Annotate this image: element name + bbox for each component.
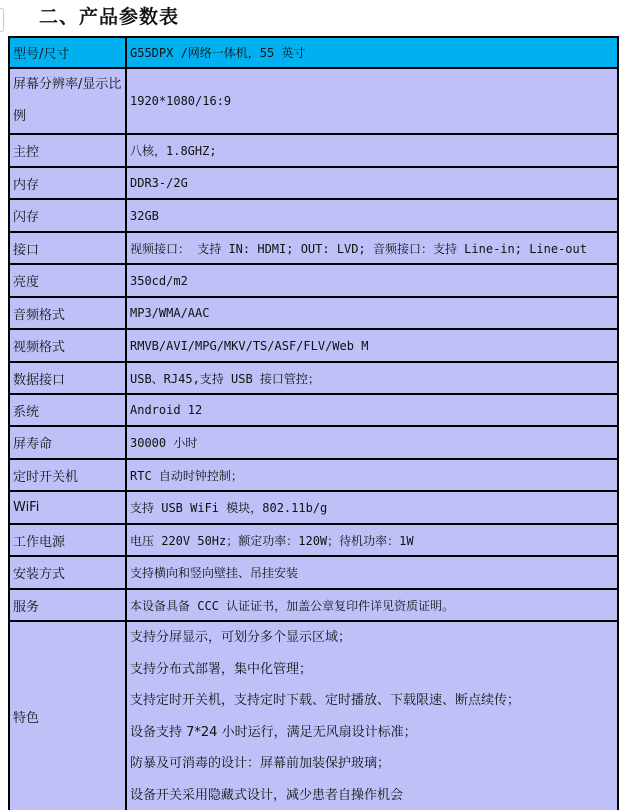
- feature-item: 设备开关采用隐藏式设计，减少患者自操作机会: [130, 780, 614, 810]
- spec-label: 音频格式: [9, 297, 126, 329]
- spec-label: 服务: [9, 589, 126, 621]
- spec-value: 八核，1.8GHZ;: [126, 134, 618, 167]
- table-row: 音频格式MP3/WMA/AAC: [9, 297, 618, 329]
- table-row: 服务本设备具备 CCC 认证证书，加盖公章复印件详见资质证明。: [9, 589, 618, 621]
- table-row: 视频格式RMVB/AVI/MPG/MKV/TS/ASF/FLV/Web M: [9, 329, 618, 362]
- spec-label: WiFi: [9, 491, 126, 524]
- spec-value: Android 12: [126, 394, 618, 426]
- table-row: 工作电源电压 220V 50Hz；额定功率：120W；待机功率：1W: [9, 524, 618, 556]
- section-title: 二、产品参数表: [39, 2, 179, 29]
- spec-label: 闪存: [9, 199, 126, 232]
- spec-table: 型号/尺寸G55DPX /网络一体机，55 英寸屏幕分辨率/显示比例1920*1…: [8, 36, 619, 810]
- spec-value: 1920*1080/16:9: [126, 68, 618, 134]
- spec-label: 主控: [9, 134, 126, 167]
- spec-label: 内存: [9, 167, 126, 199]
- spec-label: 数据接口: [9, 362, 126, 394]
- spec-value: DDR3-/2G: [126, 167, 618, 199]
- table-row: WiFi支持 USB WiFi 模块，802.11b/g: [9, 491, 618, 524]
- spec-value: 支持 USB WiFi 模块，802.11b/g: [126, 491, 618, 524]
- feature-item: 支持分屏显示，可划分多个显示区域；: [130, 622, 614, 654]
- spec-label: 屏幕分辨率/显示比例: [9, 68, 126, 134]
- table-row: 定时开关机RTC 自动时钟控制；: [9, 459, 618, 491]
- feature-item: 防暴及可消毒的设计：屏幕前加装保护玻璃；: [130, 748, 614, 780]
- spec-value: RTC 自动时钟控制；: [126, 459, 618, 491]
- spec-value: 电压 220V 50Hz；额定功率：120W；待机功率：1W: [126, 524, 618, 556]
- spec-value: RMVB/AVI/MPG/MKV/TS/ASF/FLV/Web M: [126, 329, 618, 362]
- spec-label: 定时开关机: [9, 459, 126, 491]
- spec-value: 32GB: [126, 199, 618, 232]
- table-row-features: 特色支持分屏显示，可划分多个显示区域；支持分布式部署，集中化管理；支持定时开关机…: [9, 621, 618, 810]
- table-row: 数据接口USB、RJ45,支持 USB 接口管控；: [9, 362, 618, 394]
- spec-label: 型号/尺寸: [9, 37, 126, 68]
- spec-label: 工作电源: [9, 524, 126, 556]
- feature-item: 支持分布式部署，集中化管理；: [130, 654, 614, 686]
- table-row: 闪存32GB: [9, 199, 618, 232]
- spec-value: 视频接口： 支持 IN: HDMI; OUT: LVD; 音频接口：支持 Lin…: [126, 232, 618, 264]
- spec-label: 特色: [9, 621, 126, 810]
- page-edge-decoration: [0, 8, 4, 32]
- spec-value: 350cd/m2: [126, 264, 618, 297]
- spec-value: 支持横向和竖向壁挂、吊挂安装: [126, 556, 618, 589]
- table-row: 内存DDR3-/2G: [9, 167, 618, 199]
- feature-item: 设备支持 7*24 小时运行，满足无风扇设计标准；: [130, 717, 614, 749]
- spec-label: 屏寿命: [9, 426, 126, 459]
- table-row: 接口视频接口： 支持 IN: HDMI; OUT: LVD; 音频接口：支持 L…: [9, 232, 618, 264]
- table-row: 主控八核，1.8GHZ;: [9, 134, 618, 167]
- feature-item: 支持定时开关机，支持定时下载、定时播放、下载限速、断点续传；: [130, 685, 614, 717]
- spec-value: USB、RJ45,支持 USB 接口管控；: [126, 362, 618, 394]
- spec-value: MP3/WMA/AAC: [126, 297, 618, 329]
- spec-label: 视频格式: [9, 329, 126, 362]
- table-row: 屏寿命30000 小时: [9, 426, 618, 459]
- table-row: 型号/尺寸G55DPX /网络一体机，55 英寸: [9, 37, 618, 68]
- table-row: 系统Android 12: [9, 394, 618, 426]
- spec-label: 接口: [9, 232, 126, 264]
- spec-label: 亮度: [9, 264, 126, 297]
- spec-value: 本设备具备 CCC 认证证书，加盖公章复印件详见资质证明。: [126, 589, 618, 621]
- spec-label: 安装方式: [9, 556, 126, 589]
- table-row: 亮度350cd/m2: [9, 264, 618, 297]
- spec-value: 30000 小时: [126, 426, 618, 459]
- spec-label: 系统: [9, 394, 126, 426]
- table-row: 安装方式支持横向和竖向壁挂、吊挂安装: [9, 556, 618, 589]
- features-list: 支持分屏显示，可划分多个显示区域；支持分布式部署，集中化管理；支持定时开关机，支…: [126, 621, 618, 810]
- table-row: 屏幕分辨率/显示比例1920*1080/16:9: [9, 68, 618, 134]
- spec-value: G55DPX /网络一体机，55 英寸: [126, 37, 618, 68]
